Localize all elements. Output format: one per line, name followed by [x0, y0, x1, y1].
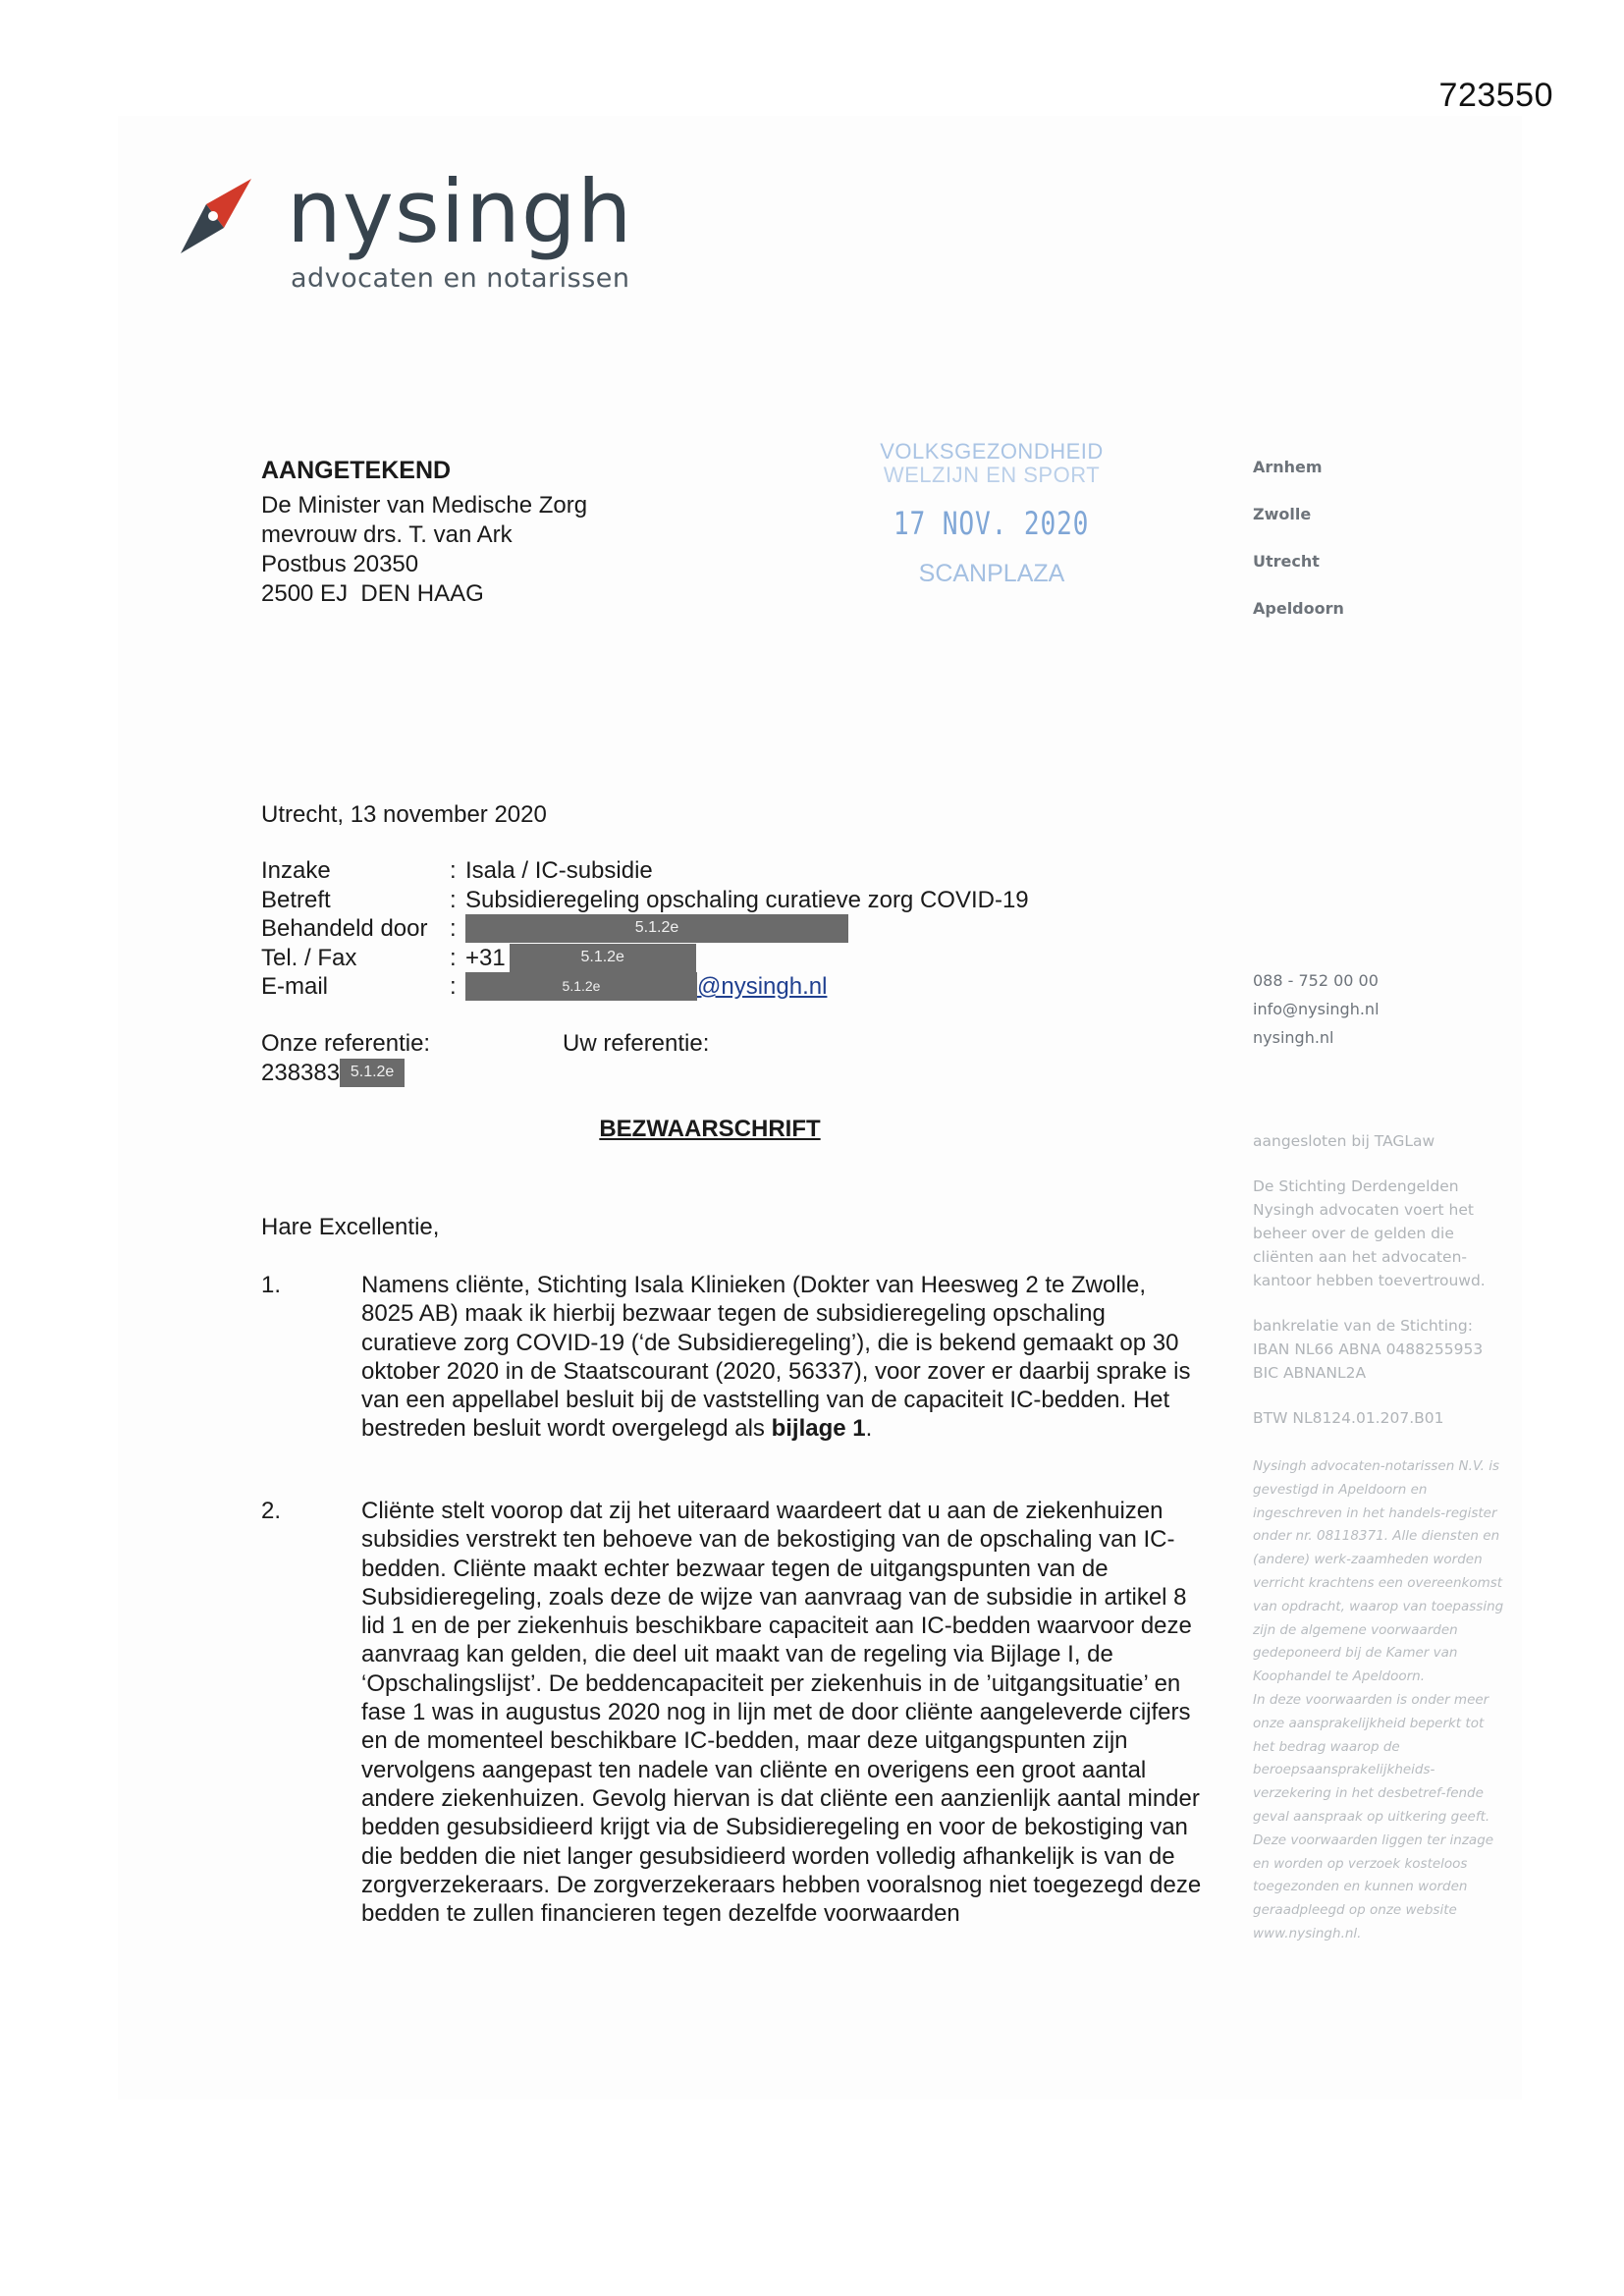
- meta-colon: :: [450, 856, 465, 886]
- meta-value: Subsidieregeling opschaling curatieve zo…: [465, 886, 1029, 915]
- brand-tagline: advocaten en notarissen: [291, 263, 630, 294]
- document-number: 723550: [1439, 77, 1553, 115]
- place-date: Utrecht, 13 november 2020: [261, 801, 547, 829]
- letter-meta: Inzake : Isala / IC-subsidie Betreft : S…: [261, 856, 1029, 1002]
- meta-colon: :: [450, 972, 465, 1002]
- our-reference-value: 238383: [261, 1060, 340, 1086]
- redaction-box: 5.1.2e: [465, 914, 848, 943]
- brand-name: nysingh: [287, 161, 633, 262]
- our-reference-label: Onze referentie:: [261, 1029, 430, 1059]
- received-stamp: VOLKSGEZONDHEID WELZIJN EN SPORT 17 NOV.…: [864, 440, 1119, 588]
- conditions-text: Nysingh advocaten-notarissen N.V. is gev…: [1253, 1455, 1508, 1689]
- firm-phone: 088 - 752 00 00: [1253, 966, 1380, 995]
- letter-title: BEZWAARSCHRIFT: [599, 1116, 820, 1142]
- addressee-line: mevrouw drs. T. van Ark: [261, 520, 587, 550]
- vat-number: BTW NL8124.01.207.B01: [1253, 1406, 1508, 1430]
- paragraph-end: .: [866, 1415, 873, 1442]
- legal-notice: aangesloten bij TAGLaw De Stichting Derd…: [1253, 1129, 1508, 1946]
- iban: IBAN NL66 ABNA 0488255953: [1253, 1340, 1483, 1358]
- addressee-block: AANGETEKEND De Minister van Medische Zor…: [261, 456, 587, 609]
- references: Onze referentie: 2383835.1.2e Uw referen…: [261, 1029, 430, 1088]
- office-arnhem: Arnhem: [1253, 458, 1508, 505]
- registered-mail-label: AANGETEKEND: [261, 456, 587, 485]
- firm-email: info@nysingh.nl: [1253, 995, 1380, 1023]
- meta-row-tel: Tel. / Fax : +31 5.1.2e: [261, 944, 1029, 973]
- paragraph-number: 1.: [261, 1271, 281, 1299]
- meta-value: Isala / IC-subsidie: [465, 856, 653, 886]
- bic: BIC ABNANL2A: [1253, 1364, 1366, 1382]
- redaction-box: 5.1.2e: [340, 1059, 405, 1087]
- office-utrecht: Utrecht: [1253, 552, 1508, 599]
- firm-website: nysingh.nl: [1253, 1023, 1380, 1052]
- office-zwolle: Zwolle: [1253, 505, 1508, 552]
- redaction-box: 5.1.2e: [510, 944, 696, 972]
- firm-contact: 088 - 752 00 00 info@nysingh.nl nysingh.…: [1253, 966, 1380, 1052]
- addressee-line: De Minister van Medische Zorg: [261, 491, 587, 520]
- paragraph-text: Cliënte stelt voorop dat zij het uiteraa…: [361, 1497, 1204, 1928]
- stamp-place: SCANPLAZA: [864, 560, 1119, 588]
- meta-row-inzake: Inzake : Isala / IC-subsidie: [261, 856, 1029, 886]
- meta-row-email: E-mail : 5.1.2e @nysingh.nl: [261, 972, 1029, 1002]
- stamp-date: 17 NOV. 2020: [893, 505, 1089, 542]
- addressee-line: Postbus 20350: [261, 550, 587, 579]
- meta-row-behandeld: Behandeld door : 5.1.2e: [261, 914, 1029, 944]
- paragraph-number: 2.: [261, 1497, 281, 1525]
- stamp-line-1: VOLKSGEZONDHEID: [864, 440, 1119, 464]
- paragraph-1: 1. Namens cliënte, Stichting Isala Klini…: [261, 1271, 1204, 1444]
- redaction-box: 5.1.2e: [465, 972, 697, 1001]
- office-apeldoorn: Apeldoorn: [1253, 599, 1508, 646]
- liability-text: In deze voorwaarden is onder meer onze a…: [1253, 1689, 1508, 1830]
- meta-label: E-mail: [261, 972, 450, 1002]
- foundation-notice: De Stichting Derdengelden Nysingh advoca…: [1253, 1175, 1508, 1292]
- your-reference-label: Uw referentie:: [563, 1029, 709, 1059]
- bank-label: bankrelatie van de Stichting:: [1253, 1317, 1473, 1335]
- availability-text: Deze voorwaarden liggen ter inzage en wo…: [1253, 1830, 1508, 1946]
- meta-colon: :: [450, 886, 465, 915]
- addressee-line: 2500 EJ DEN HAAG: [261, 579, 587, 609]
- meta-label: Tel. / Fax: [261, 944, 450, 973]
- office-list: Arnhem Zwolle Utrecht Apeldoorn: [1253, 458, 1508, 646]
- salutation: Hare Excellentie,: [261, 1214, 439, 1241]
- stamp-line-2: WELZIJN EN SPORT: [864, 464, 1119, 487]
- meta-label: Betreft: [261, 886, 450, 915]
- email-link[interactable]: @nysingh.nl: [697, 972, 827, 1002]
- meta-row-betreft: Betreft : Subsidieregeling opschaling cu…: [261, 886, 1029, 915]
- paragraph-bold-ref: bijlage 1: [772, 1415, 866, 1442]
- meta-colon: :: [450, 914, 465, 944]
- meta-colon: :: [450, 944, 465, 973]
- meta-label: Inzake: [261, 856, 450, 886]
- tel-prefix: +31: [465, 944, 506, 973]
- compass-needle-icon: [177, 177, 255, 255]
- paragraph-2: 2. Cliënte stelt voorop dat zij het uite…: [261, 1497, 1204, 1928]
- meta-label: Behandeld door: [261, 914, 450, 944]
